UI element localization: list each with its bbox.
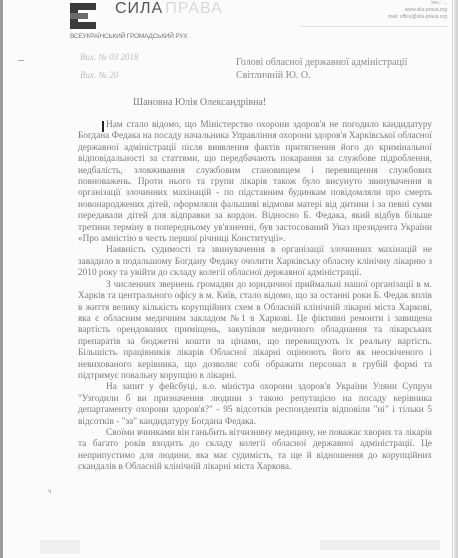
paragraph-2: Наявність судимості та звинувачення в ор… bbox=[78, 245, 432, 279]
handwritten-date: Вих. № 03 2018 bbox=[80, 52, 138, 62]
scan-right-line bbox=[452, 0, 453, 558]
logo-word-1: СИЛА bbox=[115, 0, 163, 17]
paragraph-3: З численних звернень громадян до юридичн… bbox=[78, 280, 432, 383]
addressee-block: Голові обласної державної адміністрації … bbox=[236, 56, 407, 82]
contact-email: mail: office@sila-prava.org bbox=[355, 14, 447, 21]
paragraph-4: На запит у фейсбуці, в.о. міністра охоро… bbox=[78, 382, 432, 428]
margin-mark bbox=[18, 60, 24, 61]
scan-smudge bbox=[40, 540, 80, 554]
logo-word-2: ПРАВА bbox=[165, 0, 223, 17]
contact-phone: тел.: ... bbox=[355, 0, 447, 7]
scan-left-edge bbox=[0, 0, 3, 558]
footer-mark: ч bbox=[48, 487, 52, 495]
handwritten-number: Вих. № 20 bbox=[80, 70, 118, 80]
contact-block: тел.: ... www.sila-prava.org mail: offic… bbox=[355, 0, 447, 21]
logo-wordmark: СИЛАПРАВА bbox=[115, 0, 223, 18]
addressee-title: Голові обласної державної адміністрації bbox=[236, 56, 407, 69]
contact-website: www.sila-prava.org bbox=[355, 7, 447, 14]
paragraph-5: Своїми вчинками він ганьбить вітчизняну … bbox=[78, 428, 432, 474]
scan-right-edge bbox=[454, 0, 458, 558]
organization-subtitle: ВСЕУКРАЇНСЬКИЙ ГРОМАДСЬКИЙ РУХ bbox=[70, 33, 187, 40]
paragraph-1: Нам стало відомо, що Міністерство охорон… bbox=[78, 120, 432, 245]
scan-smudge bbox=[320, 540, 440, 550]
logo-icon bbox=[70, 3, 96, 29]
addressee-name: Світличній Ю. О. bbox=[236, 69, 407, 82]
letter-body: Нам стало відомо, що Міністерство охорон… bbox=[78, 120, 432, 474]
greeting: Шановна Юлія Олександрівна! bbox=[133, 97, 266, 108]
header-divider bbox=[300, 26, 448, 27]
